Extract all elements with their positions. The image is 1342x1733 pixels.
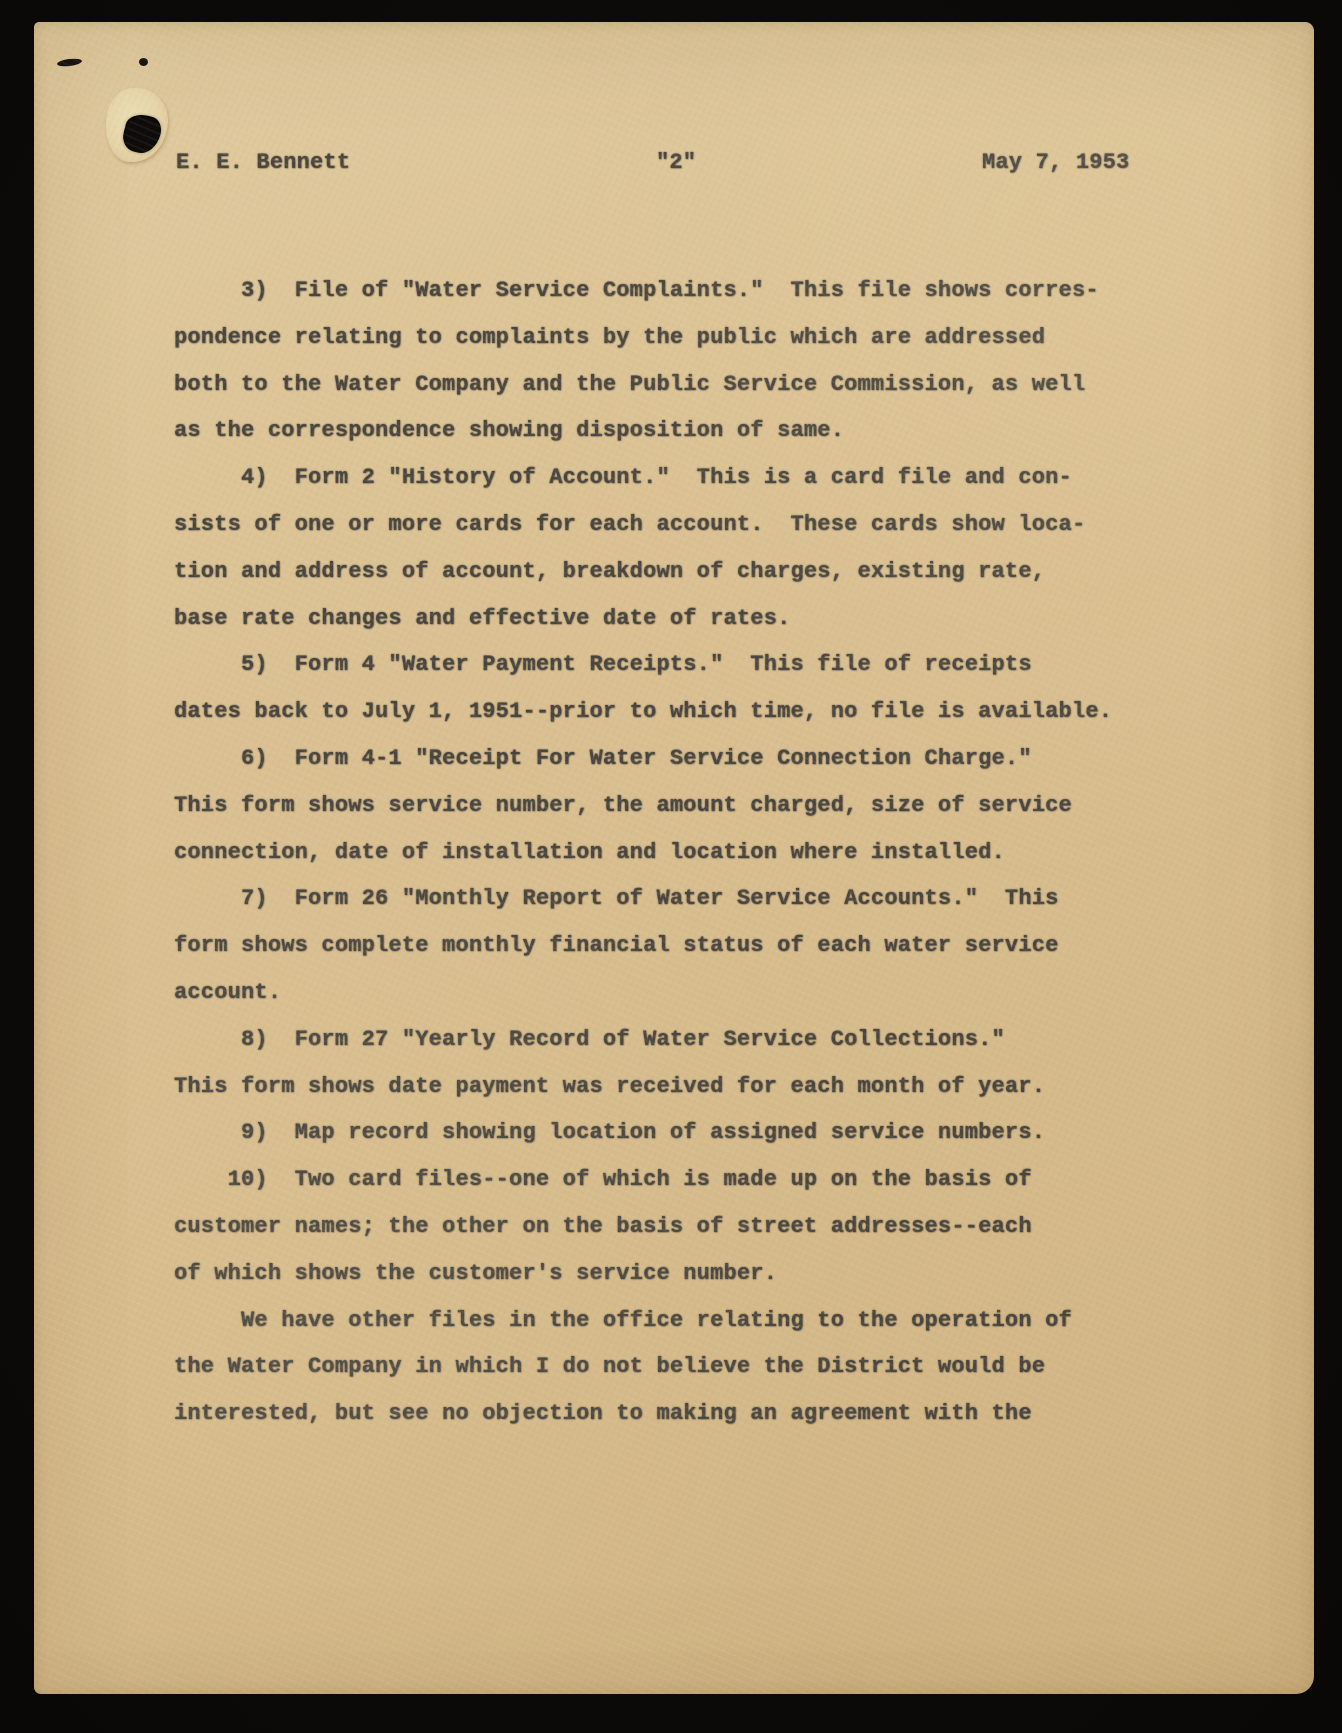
- typed-line: connection, date of installation and loc…: [174, 830, 1184, 877]
- typed-line: This form shows date payment was receive…: [174, 1064, 1184, 1111]
- header-author: E. E. Bennett: [176, 150, 350, 175]
- letter-body: 3) File of "Water Service Complaints." T…: [174, 268, 1184, 1438]
- typed-line: 8) Form 27 "Yearly Record of Water Servi…: [174, 1017, 1184, 1064]
- letter-page: E. E. Bennett "2" May 7, 1953 3) File of…: [34, 22, 1314, 1694]
- photo-background: E. E. Bennett "2" May 7, 1953 3) File of…: [0, 0, 1342, 1733]
- typed-line: account.: [174, 970, 1184, 1017]
- typed-line: sists of one or more cards for each acco…: [174, 502, 1184, 549]
- typed-line: This form shows service number, the amou…: [174, 783, 1184, 830]
- header-page-number: "2": [656, 150, 696, 175]
- typed-line: the Water Company in which I do not beli…: [174, 1344, 1184, 1391]
- typed-line: base rate changes and effective date of …: [174, 596, 1184, 643]
- ink-speck: [139, 58, 148, 66]
- typed-line: of which shows the customer's service nu…: [174, 1251, 1184, 1298]
- typed-line: 4) Form 2 "History of Account." This is …: [174, 455, 1184, 502]
- header-date: May 7, 1953: [982, 150, 1129, 175]
- typed-line: as the correspondence showing dispositio…: [174, 408, 1184, 455]
- typed-line: interested, but see no objection to maki…: [174, 1391, 1184, 1438]
- typed-line: 10) Two card files--one of which is made…: [174, 1157, 1184, 1204]
- typed-line: 3) File of "Water Service Complaints." T…: [174, 268, 1184, 315]
- typed-line: form shows complete monthly financial st…: [174, 923, 1184, 970]
- typed-line: 5) Form 4 "Water Payment Receipts." This…: [174, 642, 1184, 689]
- typed-line: dates back to July 1, 1951--prior to whi…: [174, 689, 1184, 736]
- typed-line: pondence relating to complaints by the p…: [174, 315, 1184, 362]
- paper-tear-mark: [57, 58, 83, 68]
- typed-line: 6) Form 4-1 "Receipt For Water Service C…: [174, 736, 1184, 783]
- typed-line: 9) Map record showing location of assign…: [174, 1110, 1184, 1157]
- typed-line: 7) Form 26 "Monthly Report of Water Serv…: [174, 876, 1184, 923]
- typed-line: tion and address of account, breakdown o…: [174, 549, 1184, 596]
- typed-line: We have other files in the office relati…: [174, 1298, 1184, 1345]
- typed-line: customer names; the other on the basis o…: [174, 1204, 1184, 1251]
- typed-line: both to the Water Company and the Public…: [174, 362, 1184, 409]
